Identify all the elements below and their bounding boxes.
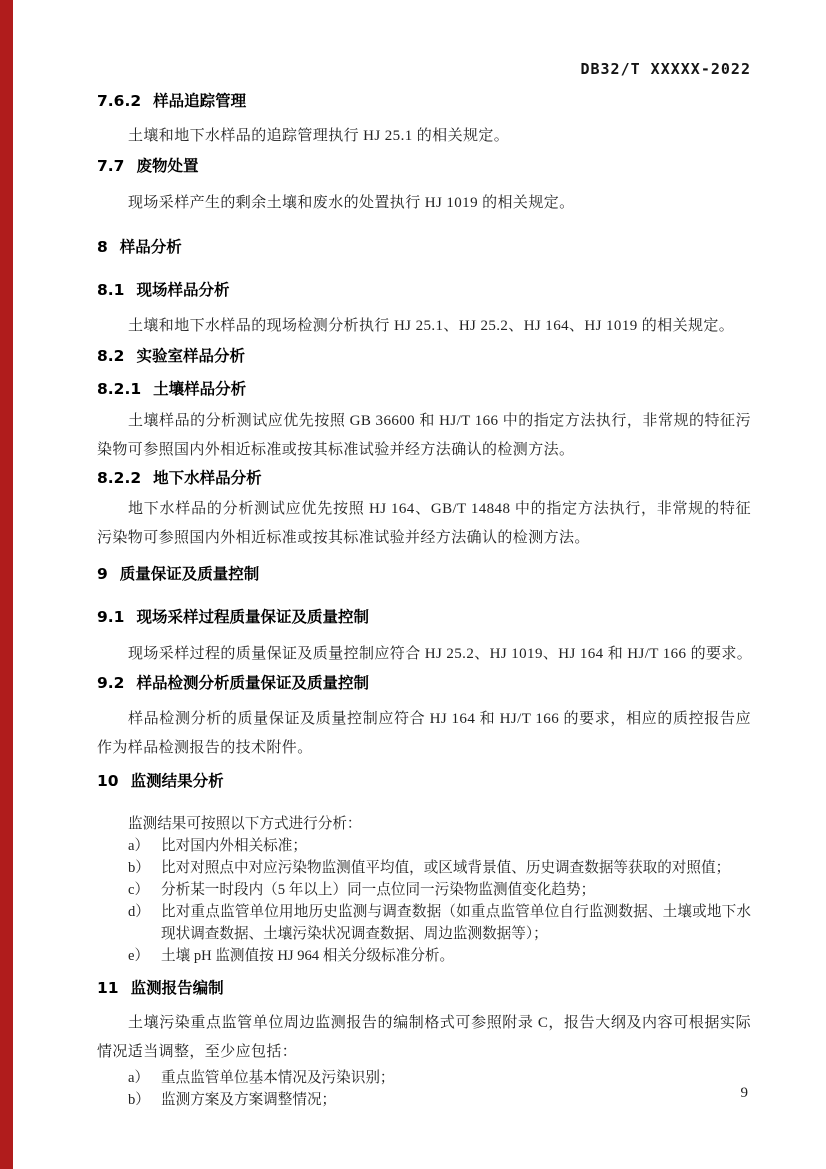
list-marker: b） — [128, 1089, 150, 1111]
list-item-e: e）土壤 pH 监测值按 HJ 964 相关分级标准分析。 — [97, 945, 751, 967]
paragraph-8-2-2: 地下水样品的分析测试应优先按照 HJ 164、GB/T 14848 中的指定方法… — [97, 495, 751, 553]
section-number: 8.2 — [97, 347, 124, 365]
list-item-text: 监测方案及方案调整情况； — [161, 1092, 336, 1108]
chapter-number: 8 — [97, 238, 108, 256]
doc-code-header: DB32/T XXXXX-2022 — [97, 58, 751, 80]
list-item-text: 分析某一时段内（5 年以上）同一点位同一污染物监测值变化趋势； — [161, 882, 595, 898]
list-marker: c） — [128, 879, 149, 901]
paragraph-7-6-2: 土壤和地下水样品的追踪管理执行 HJ 25.1 的相关规定。 — [97, 122, 751, 151]
paragraph-8-1: 土壤和地下水样品的现场检测分析执行 HJ 25.1、HJ 25.2、HJ 164… — [97, 312, 751, 341]
list-marker: e） — [128, 945, 149, 967]
section-heading-8-2-1: 8.2.1土壤样品分析 — [97, 378, 751, 401]
section-title: 土壤样品分析 — [153, 381, 246, 398]
chapter-title: 样品分析 — [120, 239, 182, 256]
paragraph-9-1: 现场采样过程的质量保证及质量控制应符合 HJ 25.2、HJ 1019、HJ 1… — [97, 640, 751, 669]
section-heading-7-7: 7.7废物处置 — [97, 155, 751, 178]
list-marker: a） — [128, 1067, 149, 1089]
section-title: 现场采样过程质量保证及质量控制 — [136, 609, 369, 626]
list-item-b: b）监测方案及方案调整情况； — [97, 1089, 751, 1111]
list-item-c: c）分析某一时段内（5 年以上）同一点位同一污染物监测值变化趋势； — [97, 879, 751, 901]
chapter-title: 监测结果分析 — [131, 773, 224, 790]
chapter-number: 9 — [97, 565, 108, 583]
section-heading-8-1: 8.1现场样品分析 — [97, 279, 751, 302]
chapter-number: 11 — [97, 979, 119, 997]
section-heading-9-2: 9.2样品检测分析质量保证及质量控制 — [97, 672, 751, 695]
list-item-a: a）重点监管单位基本情况及污染识别； — [97, 1067, 751, 1089]
section-heading-8-2: 8.2实验室样品分析 — [97, 345, 751, 368]
section-number: 8.2.2 — [97, 469, 141, 487]
chapter-title: 监测报告编制 — [131, 980, 224, 997]
list-item-text: 比对国内外相关标准； — [161, 838, 307, 854]
section-heading-8-2-2: 8.2.2地下水样品分析 — [97, 467, 751, 490]
chapter-heading-9: 9质量保证及质量控制 — [97, 563, 751, 586]
document-page: DB32/T XXXXX-2022 7.6.2样品追踪管理 土壤和地下水样品的追… — [0, 0, 826, 1169]
section-title: 样品追踪管理 — [153, 93, 246, 110]
list-item-text: 比对对照点中对应污染物监测值平均值，或区域背景值、历史调查数据等获取的对照值； — [161, 860, 730, 876]
chapter-heading-11: 11监测报告编制 — [97, 977, 751, 1000]
paragraph-7-7: 现场采样产生的剩余土壤和废水的处置执行 HJ 1019 的相关规定。 — [97, 189, 751, 218]
paragraph-8-2-1: 土壤样品的分析测试应优先按照 GB 36600 和 HJ/T 166 中的指定方… — [97, 407, 751, 465]
section-title: 地下水样品分析 — [153, 470, 262, 487]
report-content-list: a）重点监管单位基本情况及污染识别； b）监测方案及方案调整情况； — [97, 1067, 751, 1111]
section-number: 7.6.2 — [97, 92, 141, 110]
section-number: 9.2 — [97, 674, 124, 692]
section-title: 实验室样品分析 — [136, 348, 245, 365]
list-item-a: a）比对国内外相关标准； — [97, 835, 751, 857]
section-title: 样品检测分析质量保证及质量控制 — [136, 675, 369, 692]
list-item-text: 重点监管单位基本情况及污染识别； — [161, 1070, 395, 1086]
list-item-text: 土壤 pH 监测值按 HJ 964 相关分级标准分析。 — [161, 948, 454, 964]
section-number: 8.1 — [97, 281, 124, 299]
page-number: 9 — [741, 1084, 749, 1102]
chapter-title: 质量保证及质量控制 — [120, 566, 260, 583]
section-number: 8.2.1 — [97, 380, 141, 398]
section-title: 废物处置 — [136, 158, 198, 175]
section-number: 7.7 — [97, 157, 124, 175]
paragraph-11: 土壤污染重点监管单位周边监测报告的编制格式可参照附录 C，报告大纲及内容可根据实… — [97, 1009, 751, 1067]
list-marker: b） — [128, 857, 150, 879]
section-heading-7-6-2: 7.6.2样品追踪管理 — [97, 90, 751, 113]
list-item-b: b）比对对照点中对应污染物监测值平均值，或区域背景值、历史调查数据等获取的对照值… — [97, 857, 751, 879]
section-title: 现场样品分析 — [136, 282, 229, 299]
list-item-text: 比对重点监管单位用地历史监测与调查数据（如重点监管单位自行监测数据、土壤或地下水… — [161, 904, 751, 942]
list-item-d: d）比对重点监管单位用地历史监测与调查数据（如重点监管单位自行监测数据、土壤或地… — [97, 901, 751, 945]
section-number: 9.1 — [97, 608, 124, 626]
page-content: DB32/T XXXXX-2022 7.6.2样品追踪管理 土壤和地下水样品的追… — [0, 0, 826, 1111]
section-heading-9-1: 9.1现场采样过程质量保证及质量控制 — [97, 606, 751, 629]
analysis-method-list: 监测结果可按照以下方式进行分析： a）比对国内外相关标准； b）比对对照点中对应… — [97, 813, 751, 967]
paragraph-9-2: 样品检测分析的质量保证及质量控制应符合 HJ 164 和 HJ/T 166 的要… — [97, 705, 751, 763]
chapter-heading-8: 8样品分析 — [97, 236, 751, 259]
chapter-number: 10 — [97, 772, 119, 790]
list-marker: d） — [128, 901, 150, 923]
chapter-heading-10: 10监测结果分析 — [97, 770, 751, 793]
list-intro: 监测结果可按照以下方式进行分析： — [97, 813, 751, 835]
list-marker: a） — [128, 835, 149, 857]
